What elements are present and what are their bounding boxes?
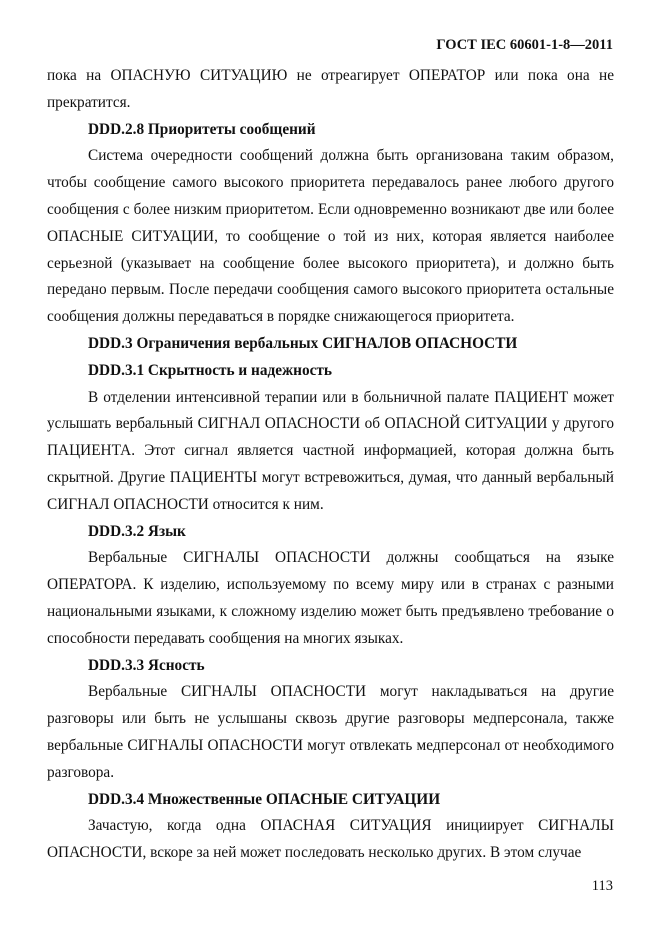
section-heading-ddd-2-8: DDD.2.8 Приоритеты сообщений <box>47 117 614 144</box>
paragraph-privacy: В отделении интенсивной терапии или в бо… <box>47 385 614 519</box>
page-number: 113 <box>592 878 613 895</box>
running-header-standard-code: ГОСТ IEC 60601-1-8—2011 <box>436 37 613 54</box>
section-heading-ddd-3-2: DDD.3.2 Язык <box>47 519 614 546</box>
section-heading-ddd-3: DDD.3 Ограничения вербальных СИГНАЛОВ ОП… <box>47 331 614 358</box>
paragraph-message-priorities: Система очередности сообщений должна быт… <box>47 143 614 331</box>
paragraph-clarity: Вербальные СИГНАЛЫ ОПАСНОСТИ могут накла… <box>47 679 614 786</box>
continuation-paragraph: пока на ОПАСНУЮ СИТУАЦИЮ не отреагирует … <box>47 63 614 117</box>
paragraph-multiple-hazards: Зачастую, когда одна ОПАСНАЯ СИТУАЦИЯ ин… <box>47 813 614 867</box>
section-heading-ddd-3-4: DDD.3.4 Множественные ОПАСНЫЕ СИТУАЦИИ <box>47 787 614 814</box>
page-body: пока на ОПАСНУЮ СИТУАЦИЮ не отреагирует … <box>47 63 614 867</box>
paragraph-language: Вербальные СИГНАЛЫ ОПАСНОСТИ должны сооб… <box>47 545 614 652</box>
section-heading-ddd-3-3: DDD.3.3 Ясность <box>47 653 614 680</box>
section-heading-ddd-3-1: DDD.3.1 Скрытность и надежность <box>47 358 614 385</box>
